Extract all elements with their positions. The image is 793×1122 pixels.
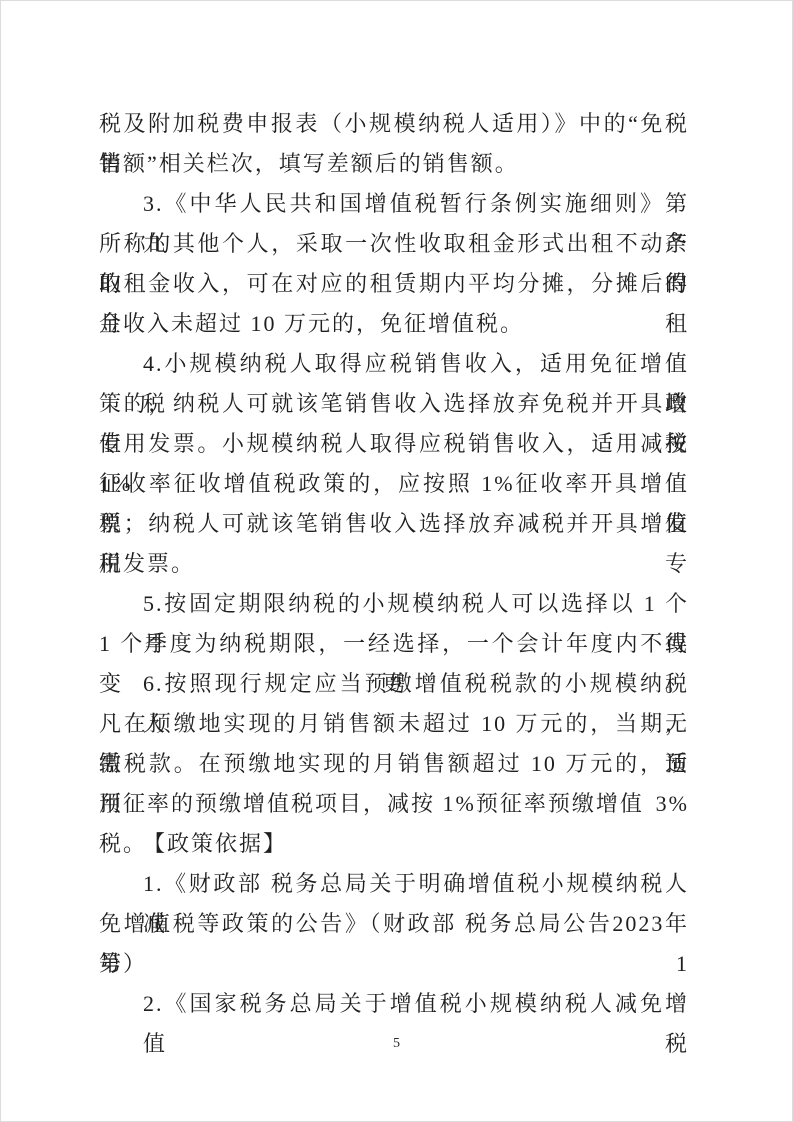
document-text: 税及附加税费申报表（小规模纳税人适用）》中的“免税销售额”相关栏次，填写差额后的…	[99, 104, 689, 1024]
text-line: 【政策依据】	[99, 824, 689, 864]
text-line: 1.《财政部 税务总局关于明确增值税小规模纳税人减	[99, 864, 689, 904]
text-line: 的租金收入，可在对应的租赁期内平均分摊，分摊后的月租	[99, 264, 689, 304]
text-line: 缴税款。在预缴地实现的月销售额超过 10 万元的，适用 3%	[99, 744, 689, 784]
text-line: 凡在预缴地实现的月销售额未超过 10 万元的，当期无需预	[99, 704, 689, 744]
text-line: 3.《中华人民共和国增值税暂行条例实施细则》第九条	[99, 184, 689, 224]
page-number: 5	[0, 1036, 793, 1052]
text-line: 售额”相关栏次，填写差额后的销售额。	[99, 144, 689, 184]
text-line: 1 个季度为纳税期限，一经选择，一个会计年度内不得变更。	[99, 624, 689, 664]
text-line: 预征率的预缴增值税项目，减按 1%预征率预缴增值税。	[99, 784, 689, 824]
text-line: 策的，纳税人可就该笔销售收入选择放弃免税并开具增值税	[99, 384, 689, 424]
text-line: 票；纳税人可就该笔销售收入选择放弃减税并开具增值税专	[99, 504, 689, 544]
text-line: 税及附加税费申报表（小规模纳税人适用）》中的“免税销	[99, 104, 689, 144]
text-line: 专用发票。小规模纳税人取得应税销售收入，适用减按 1%	[99, 424, 689, 464]
document-page: 税及附加税费申报表（小规模纳税人适用）》中的“免税销售额”相关栏次，填写差额后的…	[0, 0, 793, 1122]
text-line: 所称的其他个人，采取一次性收取租金形式出租不动产取得	[99, 224, 689, 264]
text-line: 4.小规模纳税人取得应税销售收入，适用免征增值税政	[99, 344, 689, 384]
text-line: 2.《国家税务总局关于增值税小规模纳税人减免增值税	[99, 984, 689, 1024]
text-line: 免增值税等政策的公告》（财政部 税务总局公告2023年第1	[99, 904, 689, 944]
text-line: 5.按固定期限纳税的小规模纳税人可以选择以 1 个月或	[99, 584, 689, 624]
text-line: 征收率征收增值税政策的，应按照 1%征收率开具增值税发	[99, 464, 689, 504]
text-line: 6.按照现行规定应当预缴增值税税款的小规模纳税人，	[99, 664, 689, 704]
